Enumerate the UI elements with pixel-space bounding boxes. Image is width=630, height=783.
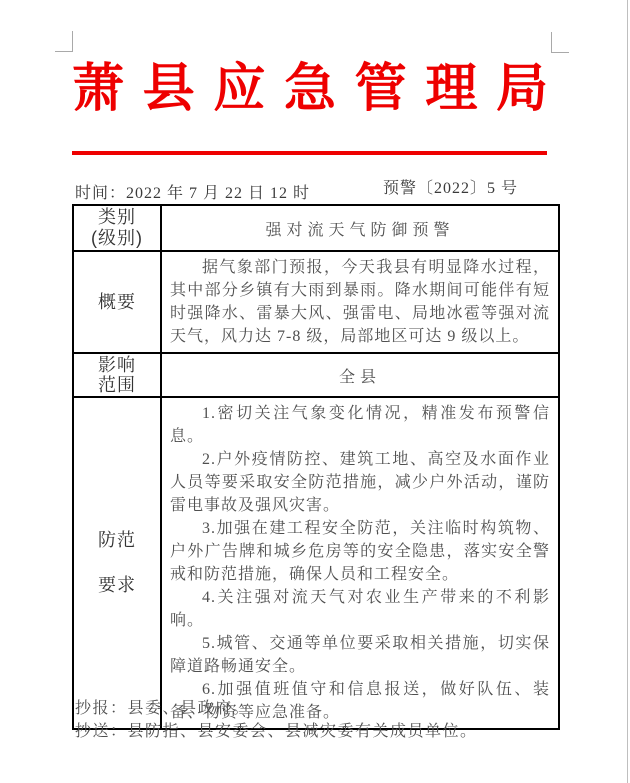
requirement-item: 2.户外疫情防控、建筑工地、高空及水面作业人员等要采取安全防范措施，减少户外活动… <box>170 448 550 517</box>
row-label-scope: 影响 范围 <box>73 353 161 397</box>
requirement-item: 5.城管、交通等单位要采取相关措施，切实保障道路畅通安全。 <box>170 632 550 678</box>
copy-report-line: 抄报：县委、县政府。 <box>75 697 478 720</box>
document-page: 萧 县 应 急 管 理 局 时间：2022 年 7 月 22 日 12 时 预警… <box>0 0 630 783</box>
row-label-summary: 概要 <box>73 251 161 353</box>
row-label-category: 类别 (级别) <box>73 205 161 251</box>
requirement-item: 1.密切关注气象变化情况，精准发布预警信息。 <box>170 402 550 448</box>
requirement-item: 4.关注强对流天气对农业生产带来的不利影响。 <box>170 586 550 632</box>
page-title: 萧 县 应 急 管 理 局 <box>72 60 548 120</box>
page-right-edge <box>627 0 628 783</box>
doc-number: 预警〔2022〕5 号 <box>383 175 518 198</box>
margin-crop-mark-right <box>551 32 569 53</box>
copy-send-line: 抄送：县防指、县安委会、县减灾委有关成员单位。 <box>75 720 478 743</box>
summary-paragraph: 据气象部门预报，今天我县有明显降水过程，其中部分乡镇有大雨到暴雨。降水期间可能伴… <box>170 256 550 348</box>
row-value-summary: 据气象部门预报，今天我县有明显降水过程，其中部分乡镇有大雨到暴雨。降水期间可能伴… <box>161 251 559 353</box>
row-value-scope: 全县 <box>161 353 559 397</box>
title-underline-rule <box>72 151 547 155</box>
requirement-item: 3.加强在建工程安全防范，关注临时构筑物、户外广告牌和城乡危房等的安全隐患，落实… <box>170 517 550 586</box>
table-row: 概要 据气象部门预报，今天我县有明显降水过程，其中部分乡镇有大雨到暴雨。降水期间… <box>73 251 559 353</box>
margin-crop-mark-left <box>55 31 73 52</box>
footer-copy-lines: 抄报：县委、县政府。 抄送：县防指、县安委会、县减灾委有关成员单位。 <box>75 697 478 743</box>
table-row: 影响 范围 全县 <box>73 353 559 397</box>
row-value-requirements: 1.密切关注气象变化情况，精准发布预警信息。 2.户外疫情防控、建筑工地、高空及… <box>161 397 559 729</box>
row-label-requirements: 防范 要求 <box>73 397 161 729</box>
row-value-category: 强对流天气防御预警 <box>161 205 559 251</box>
issue-time: 时间：2022 年 7 月 22 日 12 时 <box>75 180 310 203</box>
table-row: 防范 要求 1.密切关注气象变化情况，精准发布预警信息。 2.户外疫情防控、建筑… <box>73 397 559 729</box>
table-row: 类别 (级别) 强对流天气防御预警 <box>73 205 559 251</box>
warning-table: 类别 (级别) 强对流天气防御预警 概要 据气象部门预报，今天我县有明显降水过程… <box>72 204 560 730</box>
